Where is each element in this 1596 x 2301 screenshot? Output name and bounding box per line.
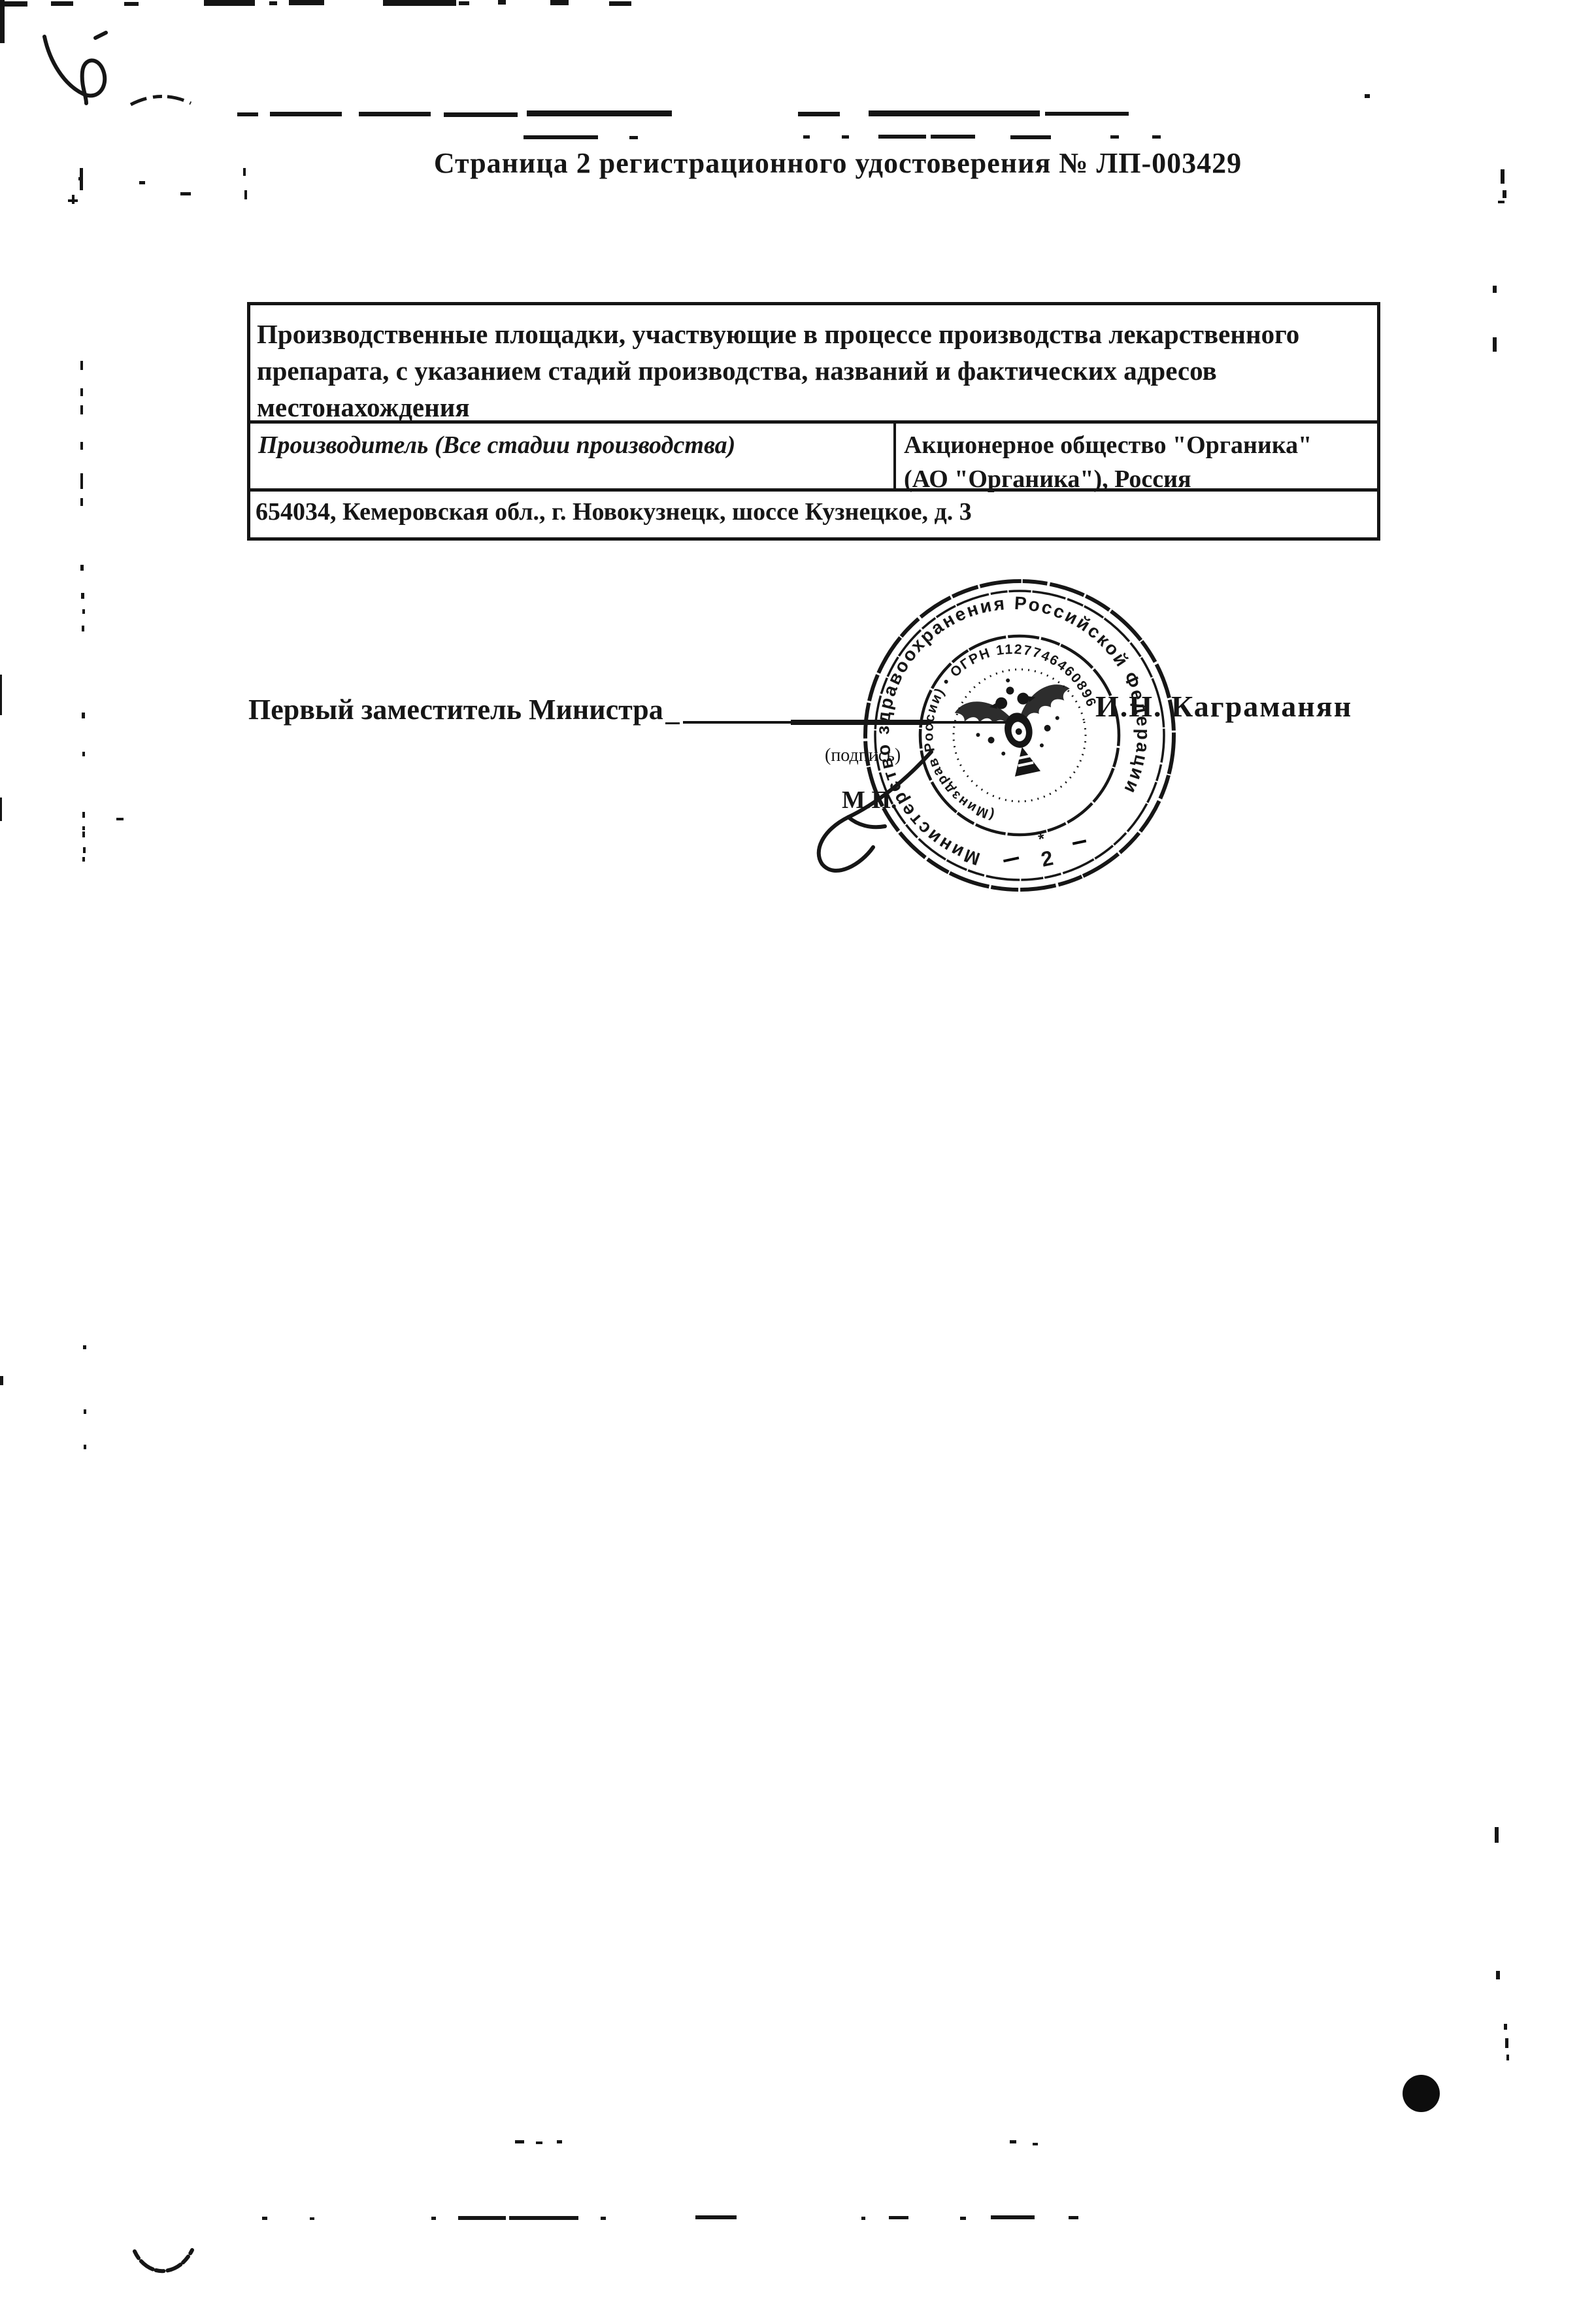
- scan-artifact: [991, 2215, 1035, 2219]
- scan-artifact: [803, 135, 810, 139]
- scan-artifact: [84, 1445, 86, 1449]
- scan-artifact: [116, 818, 124, 820]
- seal-number: 2: [1039, 846, 1056, 871]
- scan-artifact: [359, 112, 431, 116]
- scan-artifact: [861, 2217, 865, 2220]
- scan-artifact: [869, 110, 1040, 116]
- scanned-certificate-page: Страница 2 регистрационного удостоверени…: [0, 0, 1596, 2301]
- scan-artifact: [1498, 201, 1505, 203]
- scan-artifact: [557, 2140, 562, 2143]
- scan-artifact: [82, 812, 85, 818]
- scan-artifact: [80, 498, 83, 506]
- scan-artifact: [80, 405, 83, 414]
- scan-artifact: [444, 112, 518, 117]
- scan-artifact: [82, 831, 85, 837]
- seal-dash: [1003, 856, 1019, 862]
- scan-artifact: [383, 0, 456, 6]
- scan-artifact: [80, 473, 83, 489]
- scan-artifact: [1045, 112, 1129, 116]
- scan-artifact: [243, 168, 246, 176]
- scan-artifact: [878, 135, 926, 139]
- scan-artifact: [1033, 2143, 1038, 2145]
- scan-artifact: [81, 593, 84, 599]
- scan-artifact: [1493, 286, 1497, 293]
- scan-artifact: [524, 135, 598, 139]
- scan-artifact: [83, 847, 86, 853]
- scan-artifact: [310, 2217, 314, 2220]
- scan-artifact: [0, 798, 2, 821]
- scan-artifact: [431, 2217, 436, 2220]
- scan-artifact: [1493, 337, 1497, 352]
- scan-artifact: [1506, 2055, 1509, 2060]
- scan-artifact: [80, 361, 83, 370]
- scan-artifact: [931, 135, 975, 139]
- scan-artifact: [262, 2217, 267, 2220]
- scan-artifact: [204, 0, 255, 6]
- scan-artifact: [1504, 2024, 1507, 2030]
- scan-artifact: [515, 2140, 524, 2143]
- scan-artifact: [889, 2216, 908, 2219]
- scan-artifact: [82, 826, 85, 830]
- scan-artifact: [124, 2, 139, 6]
- scan-artifact: [695, 2215, 737, 2219]
- scan-artifact: [842, 135, 849, 139]
- scan-artifact: [51, 1, 73, 6]
- scan-artifact: [1069, 2216, 1078, 2219]
- scan-artifact: [1496, 1971, 1500, 1979]
- scan-artifact: [80, 442, 83, 450]
- scan-artifact: [1365, 94, 1370, 98]
- scan-artifact: [458, 2216, 506, 2220]
- scan-artifact: [84, 1409, 86, 1414]
- scan-artifact: [1501, 169, 1505, 184]
- scan-overlay: Министерство здравоохранения Российской …: [0, 0, 1596, 2301]
- scan-artifact: [78, 177, 82, 180]
- scan-artifact: [72, 195, 75, 204]
- scan-artifact: [960, 2217, 966, 2220]
- scan-artifact: [180, 192, 191, 195]
- scan-artifact: [83, 1345, 86, 1349]
- scan-artifact: [536, 2141, 542, 2144]
- scan-artifact: [798, 112, 840, 116]
- scan-artifact: [82, 752, 85, 756]
- scan-artifact: [1152, 135, 1161, 139]
- scan-artifact: [1010, 135, 1051, 139]
- scan-artifact: [550, 0, 569, 5]
- ministry-seal: Министерство здравоохранения Российской …: [837, 552, 1203, 918]
- scan-artifact: [244, 190, 247, 199]
- scan-artifact: [289, 0, 324, 5]
- scan-artifact: [609, 1, 631, 6]
- scan-artifact: [82, 713, 85, 718]
- scan-artifact: [80, 388, 83, 396]
- scan-arc-artifact: [131, 96, 191, 105]
- scan-artifact: [459, 1, 469, 5]
- scan-artifact: [1503, 190, 1506, 198]
- scan-check-artifact: [135, 2250, 192, 2271]
- scan-artifact: [82, 609, 85, 614]
- scan-artifact: [82, 626, 84, 631]
- scan-artifact: [527, 110, 672, 116]
- scan-artifact: [601, 2217, 606, 2220]
- scan-artifact: [1505, 2038, 1508, 2048]
- scan-artifact: [1495, 1827, 1499, 1843]
- handwritten-mark: [44, 33, 106, 103]
- scan-artifact: [270, 112, 342, 116]
- scan-artifact: [1110, 135, 1119, 139]
- scan-artifact: [269, 1, 277, 5]
- scan-artifact: [509, 2216, 578, 2220]
- scan-artifact: [237, 112, 258, 116]
- scan-artifact: [80, 565, 84, 571]
- scan-artifact: [0, 675, 2, 715]
- scan-artifact: [0, 1, 27, 7]
- scan-artifact: [1010, 2140, 1016, 2143]
- scan-artifact: [498, 0, 506, 5]
- double-eagle-emblem: [950, 666, 1085, 786]
- scan-artifact: [82, 857, 85, 862]
- scan-artifact: [0, 1376, 3, 1385]
- scan-artifact: [629, 136, 638, 139]
- scan-artifact: [139, 181, 145, 184]
- seal-dash: [1072, 839, 1086, 845]
